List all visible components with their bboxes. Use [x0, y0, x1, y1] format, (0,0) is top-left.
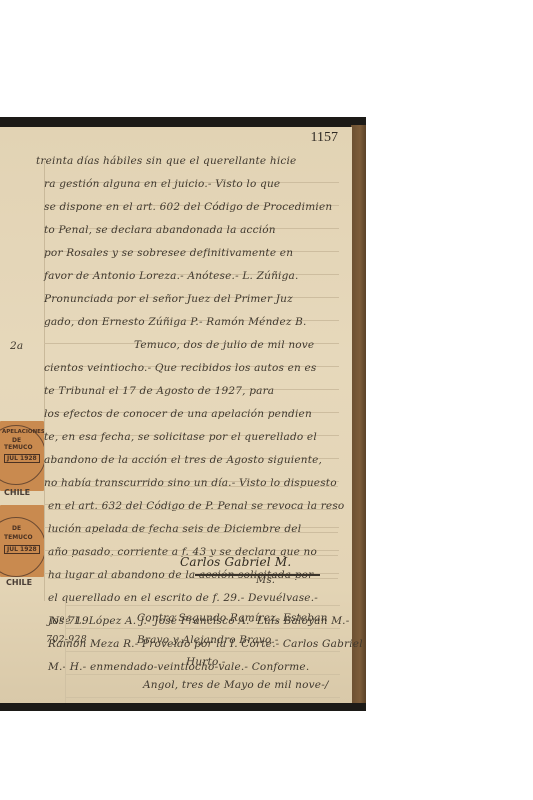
- body-line: to Penal, se declara abandonada la acció…: [44, 224, 276, 236]
- body-line: gado, don Ernesto Zúñiga P.- Ramón Ménde…: [44, 316, 307, 328]
- ledger-page: 1157 treinta días hábiles sin que el que…: [0, 127, 352, 703]
- body-line: lución apelada de fecha seis de Diciembr…: [48, 523, 301, 535]
- stamp-text-top: APELACIONES: [2, 429, 44, 435]
- body-line: José L. López A. J.- José Francisco A.- …: [48, 615, 349, 627]
- folio-number: 1157: [311, 130, 338, 146]
- postmark-country: CHILE: [4, 488, 30, 497]
- stamp-text-de: DE: [12, 525, 21, 532]
- page-edge: [351, 125, 366, 703]
- body-line: no había transcurrido sino un día.- Vist…: [44, 477, 337, 489]
- stamp-text-city: TEMUCO: [4, 444, 33, 451]
- stamp-date: JUL 1928: [4, 454, 40, 463]
- body-line: cientos veintiocho.- Que recibidos los a…: [44, 362, 317, 374]
- stamp-text-city: TEMUCO: [4, 534, 33, 541]
- body-line: Pronunciada por el señor Juez del Primer…: [44, 293, 293, 305]
- body-line: Temuco, dos de julio de mil nove: [134, 339, 314, 351]
- stamp-date: JUL 1928: [4, 545, 40, 554]
- body-line: por Rosales y se sobresee definitivament…: [44, 247, 293, 259]
- body-line: te Tribunal el 17 de Agosto de 1927, par…: [44, 385, 274, 397]
- margin-note: 2a: [10, 340, 23, 352]
- body-line: abandono de la acción el tres de Agosto …: [44, 454, 322, 466]
- body-line: se dispone en el art. 602 del Código de …: [44, 201, 332, 213]
- body-line: te, en esa fecha, se solicitase por el q…: [44, 431, 317, 443]
- body-line: los efectos de conocer de una apelación …: [44, 408, 312, 420]
- body-line: treinta días hábiles sin que el querella…: [36, 155, 296, 167]
- postmark-country: CHILE: [6, 578, 32, 587]
- revenue-stamp: DE TEMUCO JUL 1928: [0, 505, 44, 577]
- revenue-stamp: APELACIONES DE TEMUCO JUL 1928: [0, 421, 44, 491]
- body-line: año pasado, corriente a f. 43 y se decla…: [48, 546, 317, 558]
- stamp-text-de: DE: [12, 437, 21, 444]
- scanned-ledger-image: 1157 treinta días hábiles sin que el que…: [0, 117, 366, 711]
- body-line: ra gestión alguna en el juicio.- Visto l…: [44, 178, 280, 190]
- body-line: Ramón Meza R.- Proveído por la I. Corte.…: [48, 638, 363, 650]
- body-line: el querellado en el escrito de f. 29.- D…: [48, 592, 318, 604]
- body-line: ha lugar al abandono de la acción solici…: [48, 569, 313, 581]
- body-line: en el art. 632 del Código de P. Penal se…: [48, 500, 344, 512]
- body-line: favor de Antonio Loreza.- Anótese.- L. Z…: [44, 270, 299, 282]
- body-line: M.- H.- enmendado-veintiocho-vale.- Conf…: [48, 661, 309, 673]
